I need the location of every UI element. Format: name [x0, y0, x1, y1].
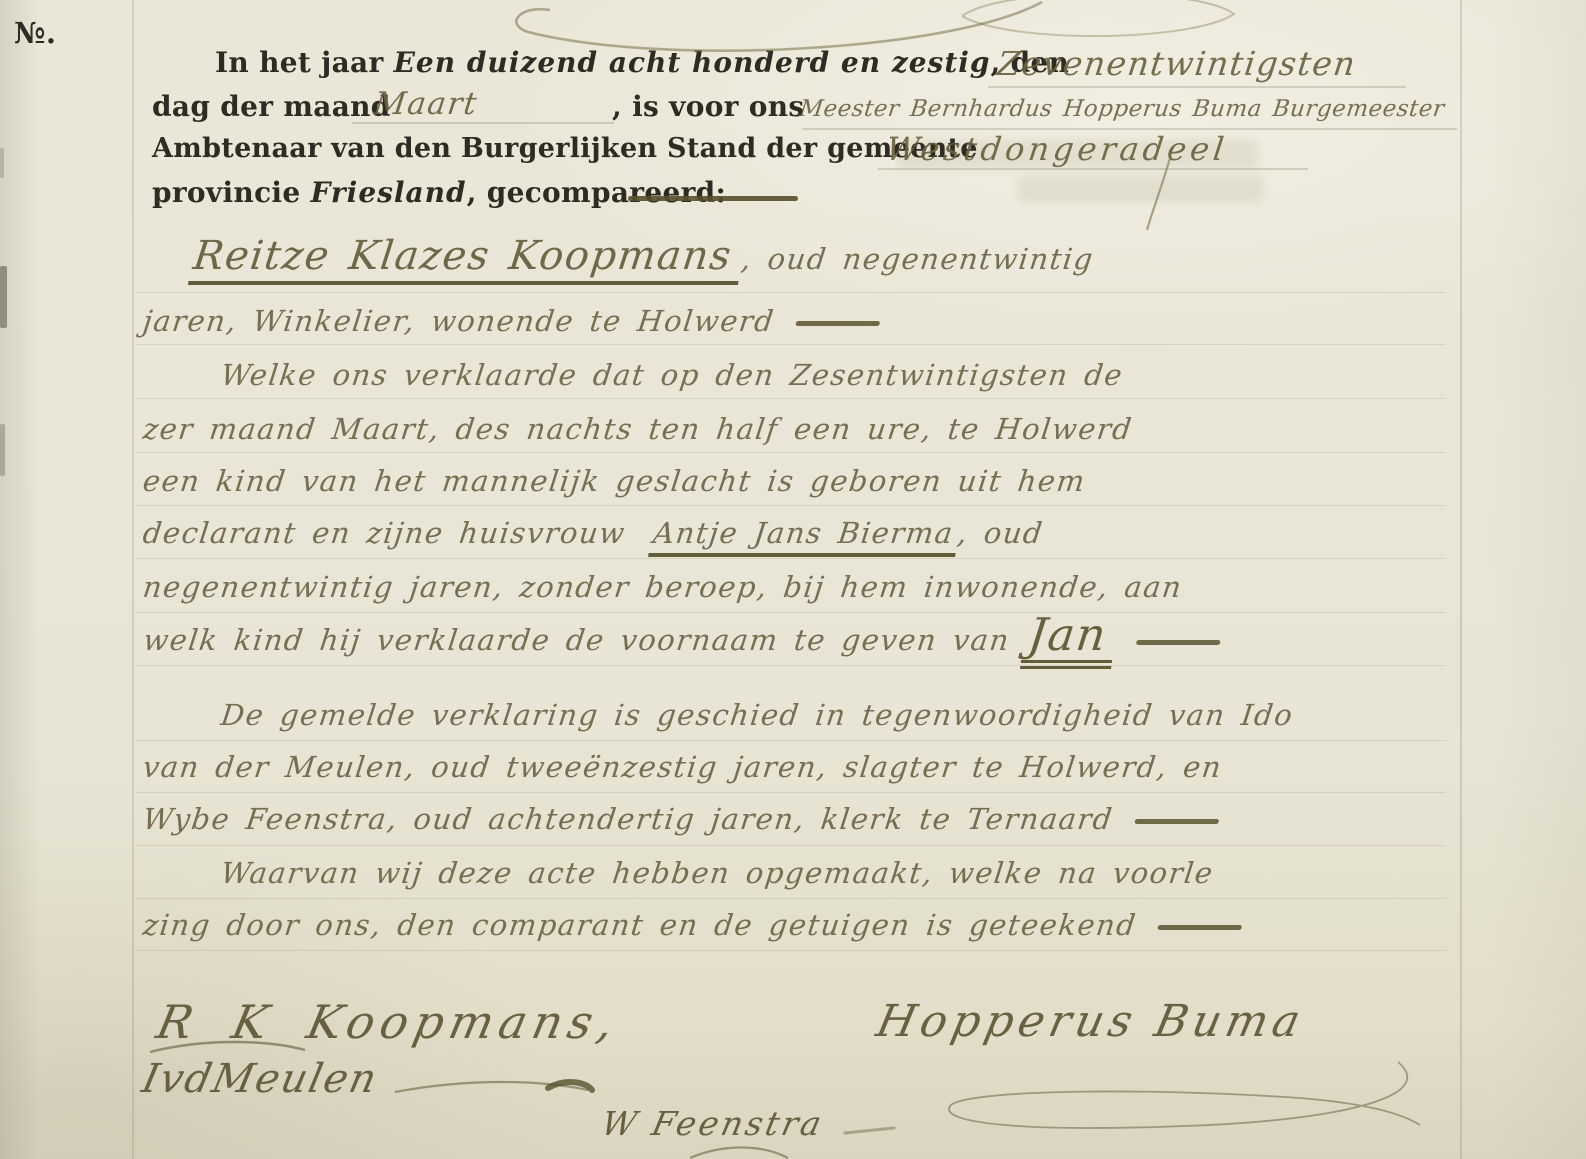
witness1-tail-bold-end [548, 1082, 592, 1090]
body-line-12: Waarvan wij deze acte hebben opgemaakt, … [140, 848, 1217, 898]
form-line-2a: dag der maand [152, 90, 391, 123]
baseline-rule [136, 558, 1446, 559]
body-line-7: negenentwintig jaren, zonder beroep, bij… [140, 562, 1185, 612]
form-line-2b: , is voor ons [612, 90, 804, 123]
form-line-3: Ambtenaar van den Burgerlijken Stand der… [152, 133, 978, 164]
form-text: , is voor ons [612, 90, 804, 123]
birth-record-scan: №. In het jaar Een duizend acht honderd … [0, 0, 1586, 1159]
bottom-cut-curve [690, 1148, 788, 1159]
body-line-2: jaren, Winkelier, wonende te Holwerd [140, 296, 884, 346]
mother-name: Antje Jans Bierma [648, 518, 959, 557]
baseline-rule [136, 898, 1446, 899]
body-line-8: welk kind hij verklaarde de voornaam te … [140, 612, 1224, 669]
body-line-5: een kind van het mannelijk geslacht is g… [140, 456, 1089, 506]
margin-fold-line [132, 0, 134, 1159]
dash-stroke [1136, 640, 1221, 645]
scan-edge-mark [0, 148, 4, 178]
baseline-rule [136, 740, 1446, 741]
witness1-tail-stroke [395, 1082, 588, 1092]
body-text: , oud [956, 516, 1046, 550]
handwritten-month: Maart [372, 86, 480, 122]
body-text: , oud negenentwintig [739, 242, 1096, 276]
body-line-10: van der Meulen, oud tweeënzestig jaren, … [140, 742, 1225, 792]
fillin-rule-day [988, 86, 1406, 88]
signature-declarant: R K Koopmans, [152, 995, 625, 1049]
body-text: Wybe Feenstra, oud achtendertig jaren, k… [141, 802, 1115, 836]
body-line-9: De gemelde verklaring is geschied in teg… [140, 690, 1296, 740]
declarant-name: Reitze Klazes Koopmans [188, 236, 744, 285]
fillin-rule-month [352, 122, 614, 124]
form-text: provincie [152, 176, 300, 209]
body-line-13: zing door ons, den comparant en de getui… [140, 900, 1246, 950]
body-text: welk kind hij verklaarde de voornaam te … [141, 623, 1011, 657]
signature-witness-2: W Feenstra [598, 1104, 828, 1143]
body-line-11: Wybe Feenstra, oud achtendertig jaren, k… [140, 794, 1222, 844]
flourish-dash [628, 188, 798, 207]
body-line-declarant: Reitze Klazes Koopmans, oud negenentwint… [140, 234, 1097, 285]
dash-stroke [628, 196, 798, 201]
body-text: zing door ons, den comparant en de getui… [141, 908, 1139, 942]
baseline-rule [136, 792, 1446, 793]
form-text-province: Friesland [311, 176, 467, 209]
record-number-label: №. [14, 16, 56, 50]
top-swash-flourish [516, 2, 1042, 51]
form-line-1: In het jaar Een duizend acht honderd en … [215, 46, 1069, 79]
body-text: jaren, Winkelier, wonende te Holwerd [141, 304, 777, 338]
right-fold-line [1460, 0, 1462, 1159]
fillin-rule-municipality [878, 168, 1308, 170]
form-text-year: Een duizend acht honderd en zestig [394, 46, 991, 79]
baseline-rule [136, 950, 1446, 951]
body-line-4: zer maand Maart, des nachts ten half een… [140, 404, 1136, 454]
body-line-6: declarant en zijne huisvrouw Antje Jans … [140, 508, 1046, 558]
registrar-flourish-loop [949, 1062, 1420, 1128]
form-text: dag der maand [152, 90, 391, 123]
dash-stroke [796, 321, 881, 326]
scan-edge-mark [0, 266, 7, 328]
handwritten-official: Meester Bernhardus Hopperus Buma Burgeme… [798, 96, 1446, 122]
body-line-3: Welke ons verklaarde dat op den Zesentwi… [140, 350, 1126, 400]
signature-witness-1: IvdMeulen [138, 1056, 382, 1102]
top-right-loop-flourish [962, 0, 1234, 36]
handwritten-municipality: Westdongeradeel [884, 130, 1230, 168]
baseline-rule [136, 845, 1446, 846]
dash-stroke [1135, 819, 1220, 824]
body-text: declarant en zijne huisvrouw [141, 516, 628, 550]
child-given-name: Jan [1020, 612, 1117, 669]
dash-stroke [1158, 925, 1243, 930]
form-text: In het jaar [215, 46, 384, 79]
handwritten-day: Zevenentwintigsten [995, 44, 1359, 83]
baseline-rule [136, 292, 1446, 293]
scan-edge-mark [0, 424, 5, 476]
lower-faint-dash [845, 1128, 894, 1133]
ink-showthrough-smudge [1018, 176, 1263, 202]
signature-registrar: Hopperus Buma [872, 996, 1310, 1047]
